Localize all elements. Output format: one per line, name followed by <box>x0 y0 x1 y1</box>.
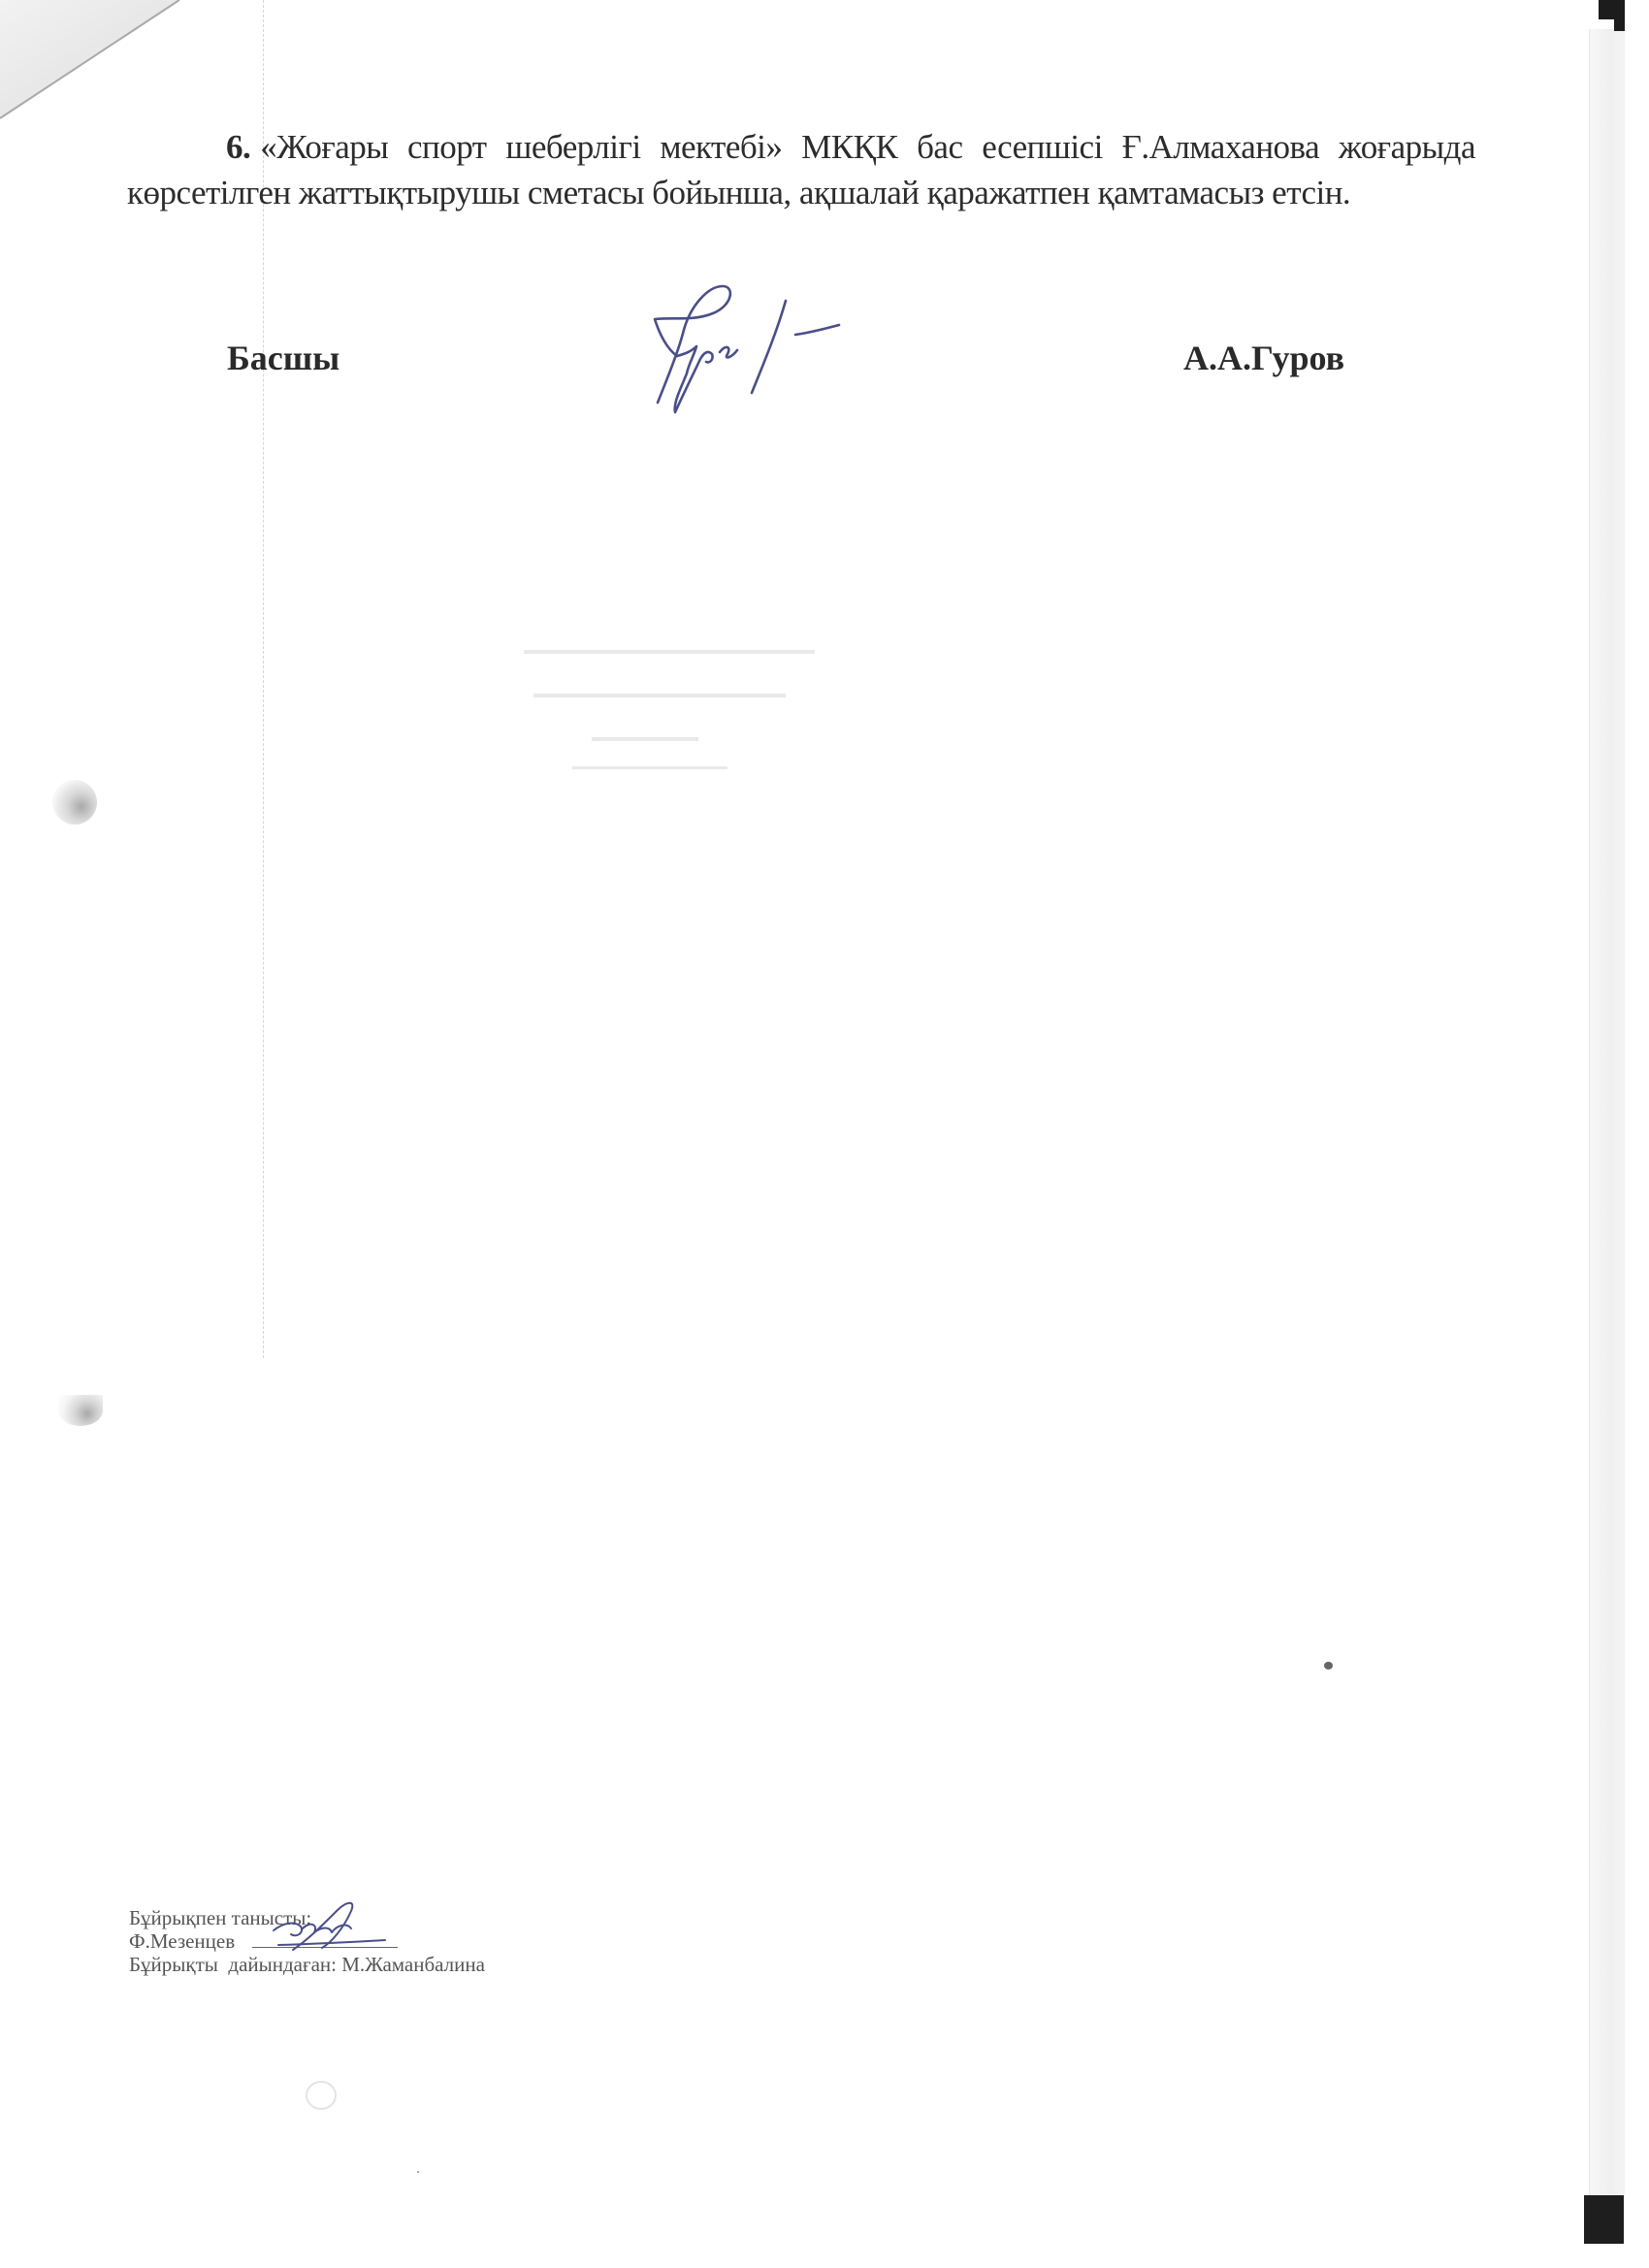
page-edge-strip <box>1589 29 1625 2197</box>
ink-speck <box>1324 1662 1333 1669</box>
signature-icon <box>630 276 854 417</box>
signatory-role: Басшы <box>227 338 339 378</box>
bleed-through-stamp <box>446 582 854 776</box>
signatory-name: А.А.Гуров <box>1183 338 1344 378</box>
scan-edge-dark <box>1599 0 1625 19</box>
scanned-page: 6.«Жоғары спорт шеберлігі мектебі» МКҚК … <box>0 0 1649 2268</box>
paragraph-number: 6. <box>226 128 250 166</box>
punch-hole <box>52 780 97 825</box>
footer-signature-icon <box>254 1892 390 1960</box>
folded-corner <box>0 0 184 126</box>
faint-ring-mark <box>306 2081 337 2110</box>
scan-edge-dark <box>1584 2195 1624 2244</box>
acknowledged-name: Ф.Мезенцев <box>129 1929 235 1953</box>
paragraph-text: «Жоғары спорт шеберлігі мектебі» МКҚК ба… <box>127 128 1475 211</box>
scan-edge-dark <box>1614 17 1625 31</box>
order-paragraph-6: 6.«Жоғары спорт шеберлігі мектебі» МКҚК … <box>127 124 1475 215</box>
ink-speck <box>417 2171 419 2173</box>
punch-hole <box>58 1395 103 1426</box>
